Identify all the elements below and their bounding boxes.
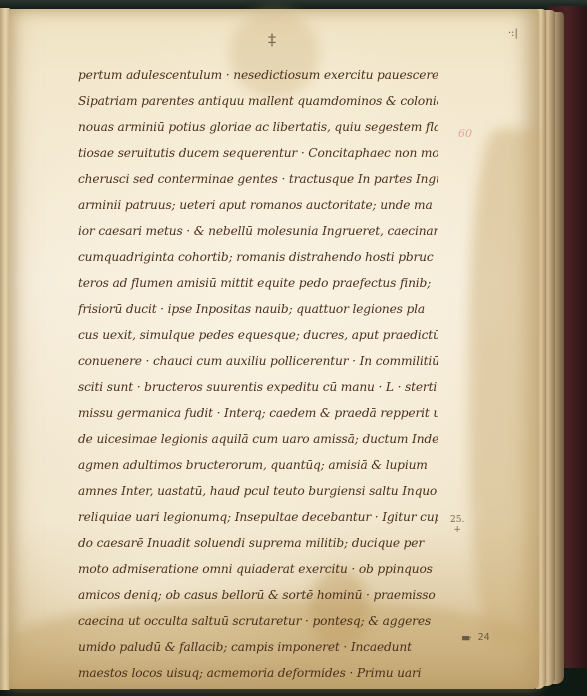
stamp-number: 24 xyxy=(478,632,490,643)
corner-annotation: ·:| xyxy=(508,28,518,39)
text-line: arminii patruus; ueteri aput romanos auc… xyxy=(78,192,438,218)
text-line: missu germanica fudit · Interq; caedem &… xyxy=(78,400,438,426)
text-line: tiosae seruitutis ducem sequerentur · Co… xyxy=(78,140,438,166)
text-line: conuenere · chauci cum auxiliu pollicere… xyxy=(78,348,438,374)
text-line: maestos locos uisuq; acmemoria deformide… xyxy=(78,660,438,686)
text-line: cherusci sed conterminae gentes · tractu… xyxy=(78,166,438,192)
text-line: umido paludū & fallacib; campis imponere… xyxy=(78,634,438,660)
text-line: cumquadriginta cohortib; romanis distrah… xyxy=(78,244,438,270)
text-line: moto admiseratione omni quiaderat exerci… xyxy=(78,556,438,582)
text-line: cus uexit, simulque pedes equesque; ducr… xyxy=(78,322,438,348)
text-line: ior caesari metus · & nebellū molesunia … xyxy=(78,218,438,244)
text-line: frisiorū ducit · ipse Inpositas nauib; q… xyxy=(78,296,438,322)
margin-note: 25. + xyxy=(450,515,464,535)
margin-note-number: 25. xyxy=(450,515,464,525)
text-line: amicos deniq; ob casus bellorū & sortē h… xyxy=(78,582,438,608)
text-line: de uicesimae legionis aquilā cum uaro am… xyxy=(78,426,438,452)
text-line: pertum adulescentulum · nesedictiosum ex… xyxy=(78,62,438,88)
margin-note-cross: + xyxy=(450,525,464,535)
water-stain xyxy=(469,129,539,649)
page-stamp: ■■·24 xyxy=(462,632,490,643)
text-line: nouas arminiū potius gloriae ac libertat… xyxy=(78,114,438,140)
text-line: teros ad flumen amisiū mittit equite ped… xyxy=(78,270,438,296)
header-cross-mark: ‡ xyxy=(268,30,276,49)
text-line: sciti sunt · bructeros suurentis expedit… xyxy=(78,374,438,400)
manuscript-text: pertum adulescentulum · nesedictiosum ex… xyxy=(78,62,438,686)
text-line: caecina ut occulta saltuū scrutaretur · … xyxy=(78,608,438,634)
text-line: Sipatriam parentes antiquu mallent quamd… xyxy=(78,88,438,114)
red-folio-number: 60 xyxy=(458,127,472,140)
text-line: agmen adultimos bructerorum, quantūq; am… xyxy=(78,452,438,478)
text-line: amnes Inter, uastatū, haud pcul teuto bu… xyxy=(78,478,438,504)
stamp-dots: ■■· xyxy=(462,634,472,642)
text-line: reliquiae uari legionumq; Insepultae dec… xyxy=(78,504,438,530)
text-line: do caesarē Inuadit soluendi suprema mili… xyxy=(78,530,438,556)
